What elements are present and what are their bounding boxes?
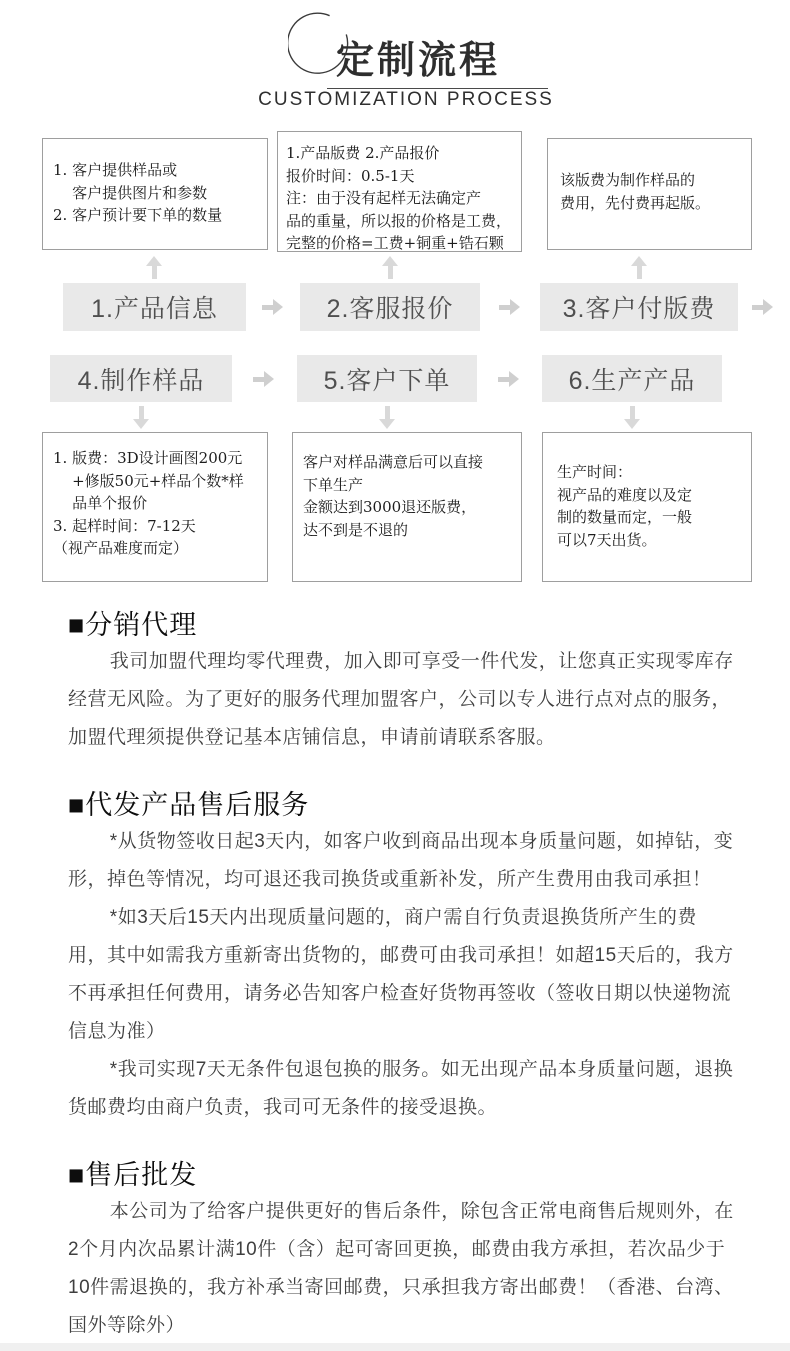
section-dropship-aftersales: ■代发产品售后服务 *从货物签收日起3天内，如客户收到商品出现本身质量问题，如掉… xyxy=(68,787,734,1127)
section-paragraph: 本公司为了给客户提供更好的售后条件，除包含正常电商售后规则外，在2个月内次品累计… xyxy=(68,1193,734,1345)
step-product-info: 1.产品信息 xyxy=(63,283,246,331)
section-paragraph: 我司加盟代理均零代理费，加入即可享受一件代发，让您真正实现零库存经营无风险。为了… xyxy=(68,643,734,757)
policy-sections: ■分销代理 我司加盟代理均零代理费，加入即可享受一件代发，让您真正实现零库存经营… xyxy=(68,607,734,1345)
section-heading: ■售后批发 xyxy=(68,1157,734,1193)
section-distribution-agent: ■分销代理 我司加盟代理均零代理费，加入即可享受一件代发，让您真正实现零库存经营… xyxy=(68,607,734,757)
arrow-down-icon xyxy=(624,406,640,429)
header: 定制流程 CUSTOMIZATION PROCESS xyxy=(0,0,790,125)
arrow-right-icon xyxy=(499,299,520,315)
arrow-down-icon xyxy=(133,406,149,429)
page-subtitle: CUSTOMIZATION PROCESS xyxy=(246,89,566,111)
arrow-right-icon xyxy=(253,371,274,387)
section-paragraph: *从货物签收日起3天内，如客户收到商品出现本身质量问题，如掉钻，变形，掉色等情况… xyxy=(68,823,734,899)
note-quote-details: 1.产品版费 2.产品报价 报价时间：0.5-1天 注：由于没有起样无法确定产 … xyxy=(277,131,522,252)
arrow-right-icon xyxy=(262,299,283,315)
step-make-sample: 4.制作样品 xyxy=(50,355,232,402)
customization-flowchart: 1. 客户提供样品或 客户提供图片和参数 2. 客户预计要下单的数量 1.产品版… xyxy=(0,125,790,595)
arrow-right-icon xyxy=(498,371,519,387)
step-place-order: 5.客户下单 xyxy=(297,355,477,402)
arrow-up-icon xyxy=(146,256,162,279)
note-production-time: 生产时间： 视产品的难度以及定 制的数量而定，一般 可以7天出货。 xyxy=(542,432,752,582)
note-sample-fee: 1. 版费：3D设计画图200元 +修版50元+样品个数*样 品单个报价 3. … xyxy=(42,432,268,582)
note-plate-fee: 该版费为制作样品的 费用，先付费再起版。 xyxy=(547,138,752,250)
arrow-down-icon xyxy=(379,406,395,429)
section-paragraph: *我司实现7天无条件包退包换的服务。如无出现产品本身质量问题，退换货邮费均由商户… xyxy=(68,1051,734,1127)
arrow-right-icon xyxy=(752,299,773,315)
step-pay-plate-fee: 3.客户付版费 xyxy=(540,283,738,331)
step-service-quote: 2.客服报价 xyxy=(300,283,480,331)
note-product-info: 1. 客户提供样品或 客户提供图片和参数 2. 客户预计要下单的数量 xyxy=(42,138,268,250)
note-order-refund: 客户对样品满意后可以直接 下单生产 金额达到3000退还版费， 达不到是不退的 xyxy=(292,432,522,582)
section-heading: ■分销代理 xyxy=(68,607,734,643)
step-production: 6.生产产品 xyxy=(542,355,722,402)
section-paragraph: *如3天后15天内出现质量问题的，商户需自行负责退换货所产生的费用，其中如需我方… xyxy=(68,899,734,1051)
footer-divider xyxy=(0,1343,790,1351)
arrow-up-icon xyxy=(382,256,398,279)
page-title: 定制流程 xyxy=(336,36,500,87)
section-heading: ■代发产品售后服务 xyxy=(68,787,734,823)
section-wholesale-aftersales: ■售后批发 本公司为了给客户提供更好的售后条件，除包含正常电商售后规则外，在2个… xyxy=(68,1157,734,1345)
arrow-up-icon xyxy=(631,256,647,279)
